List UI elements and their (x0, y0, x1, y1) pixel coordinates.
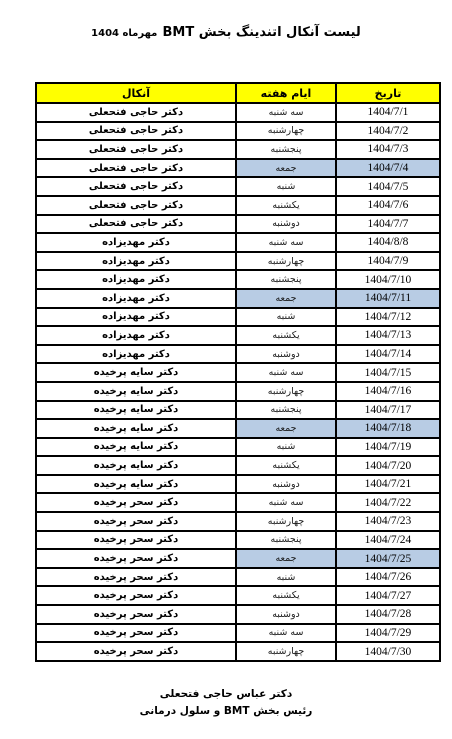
weekday-column-header: ایام هفته (236, 83, 336, 103)
table-row: 1404/7/30چهارشنبهدکتر سحر پرخیده (36, 642, 440, 661)
date-cell: 1404/7/29 (336, 624, 440, 643)
date-cell: 1404/7/9 (336, 252, 440, 271)
oncall-cell: دکتر حاجی فتحعلی (36, 159, 236, 178)
weekday-cell: شنبه (236, 177, 336, 196)
weekday-cell: چهارشنبه (236, 642, 336, 661)
weekday-cell: سه شنبه (236, 363, 336, 382)
oncall-cell: دکتر حاجی فتحعلی (36, 177, 236, 196)
table-row: 1404/7/11جمعهدکتر مهدیزاده (36, 289, 440, 308)
date-cell: 1404/7/11 (336, 289, 440, 308)
oncall-cell: دکتر سحر پرخیده (36, 549, 236, 568)
oncall-cell: دکتر حاجی فتحعلی (36, 196, 236, 215)
date-cell: 1404/7/30 (336, 642, 440, 661)
schedule-table-header: تاریخ ایام هفته آنکال (36, 83, 440, 103)
oncall-cell: دکتر مهدیزاده (36, 270, 236, 289)
table-row: 1404/7/24پنجشنبهدکتر سحر پرخیده (36, 531, 440, 550)
oncall-cell: دکتر سحر پرخیده (36, 605, 236, 624)
oncall-cell: دکتر مهدیزاده (36, 345, 236, 364)
table-row: 1404/7/21دوشنبهدکتر سایه پرخیده (36, 475, 440, 494)
weekday-cell: دوشنبه (236, 345, 336, 364)
weekday-cell: جمعه (236, 289, 336, 308)
table-row: 1404/7/28دوشنبهدکتر سحر پرخیده (36, 605, 440, 624)
date-cell: 1404/7/7 (336, 215, 440, 234)
table-row: 1404/7/16چهارشنبهدکتر سایه پرخیده (36, 382, 440, 401)
oncall-cell: دکتر مهدیزاده (36, 233, 236, 252)
oncall-cell: دکتر حاجی فتحعلی (36, 140, 236, 159)
date-cell: 1404/7/1 (336, 103, 440, 122)
date-cell: 1404/7/5 (336, 177, 440, 196)
table-row: 1404/7/22سه شنبهدکتر سحر پرخیده (36, 493, 440, 512)
date-cell: 1404/7/12 (336, 308, 440, 327)
table-row: 1404/7/29سه شنبهدکتر سحر پرخیده (36, 624, 440, 643)
date-cell: 1404/7/4 (336, 159, 440, 178)
weekday-cell: سه شنبه (236, 233, 336, 252)
weekday-cell: یکشنبه (236, 586, 336, 605)
table-row: 1404/7/4جمعهدکتر حاجی فتحعلی (36, 159, 440, 178)
weekday-cell: یکشنبه (236, 456, 336, 475)
date-cell: 1404/7/26 (336, 568, 440, 587)
table-row: 1404/7/1سه شنبهدکتر حاجی فتحعلی (36, 103, 440, 122)
date-cell: 1404/7/27 (336, 586, 440, 605)
table-row: 1404/7/3پنجشنبهدکتر حاجی فتحعلی (36, 140, 440, 159)
document-title: لیست آنکال اتندینگ بخش BMT مهرماه 1404 (0, 21, 452, 40)
date-cell: 1404/7/23 (336, 512, 440, 531)
weekday-cell: پنجشنبه (236, 401, 336, 420)
date-column-header: تاریخ (336, 83, 440, 103)
weekday-cell: دوشنبه (236, 215, 336, 234)
table-row: 1404/7/5شنبهدکتر حاجی فتحعلی (36, 177, 440, 196)
date-cell: 1404/7/13 (336, 326, 440, 345)
header-row: تاریخ ایام هفته آنکال (36, 83, 440, 103)
table-row: 1404/7/13یکشنبهدکتر مهدیزاده (36, 326, 440, 345)
oncall-cell: دکتر سحر پرخیده (36, 586, 236, 605)
date-cell: 1404/7/17 (336, 401, 440, 420)
oncall-cell: دکتر سحر پرخیده (36, 568, 236, 587)
date-cell: 1404/7/6 (336, 196, 440, 215)
weekday-cell: دوشنبه (236, 605, 336, 624)
date-cell: 1404/7/18 (336, 419, 440, 438)
weekday-cell: چهارشنبه (236, 122, 336, 141)
weekday-cell: پنجشنبه (236, 531, 336, 550)
table-row: 1404/7/23چهارشنبهدکتر سحر پرخیده (36, 512, 440, 531)
table-row: 1404/7/19شنبهدکتر سایه پرخیده (36, 438, 440, 457)
oncall-cell: دکتر سایه پرخیده (36, 419, 236, 438)
table-row: 1404/7/18جمعهدکتر سایه پرخیده (36, 419, 440, 438)
table-row: 1404/8/8سه شنبهدکتر مهدیزاده (36, 233, 440, 252)
weekday-cell: سه شنبه (236, 493, 336, 512)
date-cell: 1404/7/25 (336, 549, 440, 568)
oncall-column-header: آنکال (36, 83, 236, 103)
oncall-cell: دکتر مهدیزاده (36, 252, 236, 271)
weekday-cell: سه شنبه (236, 624, 336, 643)
oncall-cell: دکتر سحر پرخیده (36, 493, 236, 512)
date-cell: 1404/8/8 (336, 233, 440, 252)
weekday-cell: یکشنبه (236, 326, 336, 345)
date-cell: 1404/7/15 (336, 363, 440, 382)
table-row: 1404/7/15سه شنبهدکتر سایه پرخیده (36, 363, 440, 382)
weekday-cell: پنجشنبه (236, 270, 336, 289)
weekday-cell: سه شنبه (236, 103, 336, 122)
table-row: 1404/7/25جمعهدکتر سحر پرخیده (36, 549, 440, 568)
weekday-cell: جمعه (236, 419, 336, 438)
date-cell: 1404/7/28 (336, 605, 440, 624)
date-cell: 1404/7/10 (336, 270, 440, 289)
oncall-cell: دکتر سحر پرخیده (36, 624, 236, 643)
table-row: 1404/7/12شنبهدکتر مهدیزاده (36, 308, 440, 327)
weekday-cell: شنبه (236, 308, 336, 327)
weekday-cell: چهارشنبه (236, 382, 336, 401)
date-cell: 1404/7/20 (336, 456, 440, 475)
oncall-cell: دکتر سایه پرخیده (36, 475, 236, 494)
oncall-cell: دکتر سایه پرخیده (36, 401, 236, 420)
weekday-cell: جمعه (236, 549, 336, 568)
oncall-cell: دکتر سحر پرخیده (36, 642, 236, 661)
date-cell: 1404/7/21 (336, 475, 440, 494)
oncall-cell: دکتر سحر پرخیده (36, 531, 236, 550)
weekday-cell: چهارشنبه (236, 252, 336, 271)
weekday-cell: دوشنبه (236, 475, 336, 494)
oncall-cell: دکتر مهدیزاده (36, 289, 236, 308)
oncall-cell: دکتر سحر پرخیده (36, 512, 236, 531)
weekday-cell: یکشنبه (236, 196, 336, 215)
oncall-cell: دکتر مهدیزاده (36, 308, 236, 327)
document-title-month: مهرماه 1404 (91, 28, 157, 39)
oncall-cell: دکتر حاجی فتحعلی (36, 122, 236, 141)
date-cell: 1404/7/14 (336, 345, 440, 364)
document-page: لیست آنکال اتندینگ بخش BMT مهرماه 1404 ت… (0, 0, 452, 739)
oncall-cell: دکتر سایه پرخیده (36, 382, 236, 401)
date-cell: 1404/7/19 (336, 438, 440, 457)
oncall-cell: دکتر مهدیزاده (36, 326, 236, 345)
weekday-cell: چهارشنبه (236, 512, 336, 531)
weekday-cell: پنجشنبه (236, 140, 336, 159)
date-cell: 1404/7/16 (336, 382, 440, 401)
table-row: 1404/7/7دوشنبهدکتر حاجی فتحعلی (36, 215, 440, 234)
date-cell: 1404/7/24 (336, 531, 440, 550)
document-title-main: لیست آنکال اتندینگ بخش BMT (162, 25, 360, 40)
date-cell: 1404/7/3 (336, 140, 440, 159)
weekday-cell: شنبه (236, 438, 336, 457)
weekday-cell: جمعه (236, 159, 336, 178)
table-row: 1404/7/2چهارشنبهدکتر حاجی فتحعلی (36, 122, 440, 141)
table-row: 1404/7/10پنجشنبهدکتر مهدیزاده (36, 270, 440, 289)
oncall-cell: دکتر سایه پرخیده (36, 456, 236, 475)
signatory-title: رئیس بخش BMT و سلول درمانی (0, 703, 452, 720)
table-row: 1404/7/14دوشنبهدکتر مهدیزاده (36, 345, 440, 364)
schedule-table-body: 1404/7/1سه شنبهدکتر حاجی فتحعلی1404/7/2چ… (36, 103, 440, 661)
date-cell: 1404/7/22 (336, 493, 440, 512)
table-row: 1404/7/27یکشنبهدکتر سحر پرخیده (36, 586, 440, 605)
oncall-schedule-table: تاریخ ایام هفته آنکال 1404/7/1سه شنبهدکت… (35, 82, 441, 662)
signature-block: دکتر عباس حاجی فتحعلی رئیس بخش BMT و سلو… (0, 686, 452, 720)
table-row: 1404/7/9چهارشنبهدکتر مهدیزاده (36, 252, 440, 271)
oncall-cell: دکتر سایه پرخیده (36, 438, 236, 457)
table-row: 1404/7/6یکشنبهدکتر حاجی فتحعلی (36, 196, 440, 215)
oncall-cell: دکتر سایه پرخیده (36, 363, 236, 382)
table-row: 1404/7/17پنجشنبهدکتر سایه پرخیده (36, 401, 440, 420)
table-row: 1404/7/26شنبهدکتر سحر پرخیده (36, 568, 440, 587)
date-cell: 1404/7/2 (336, 122, 440, 141)
table-row: 1404/7/20یکشنبهدکتر سایه پرخیده (36, 456, 440, 475)
signatory-name: دکتر عباس حاجی فتحعلی (0, 686, 452, 703)
oncall-cell: دکتر حاجی فتحعلی (36, 215, 236, 234)
oncall-cell: دکتر حاجی فتحعلی (36, 103, 236, 122)
weekday-cell: شنبه (236, 568, 336, 587)
